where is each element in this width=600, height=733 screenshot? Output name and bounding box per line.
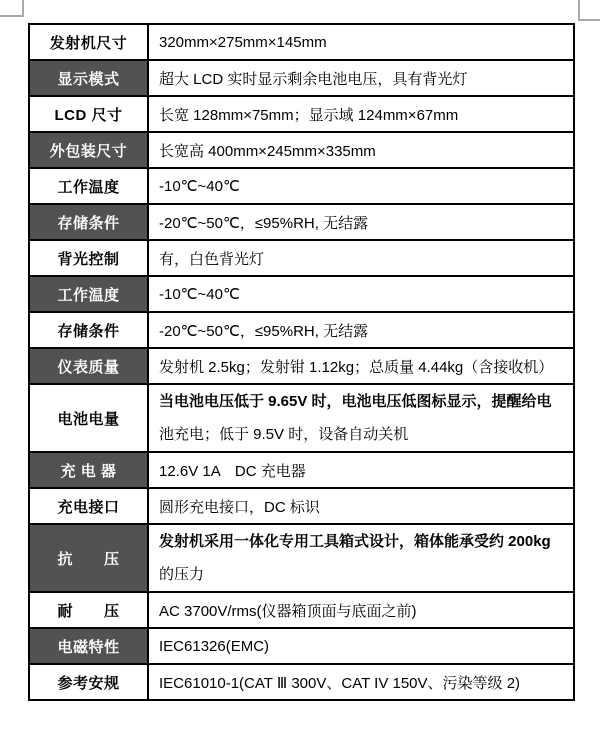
spec-row-packaging-dimensions: 外包装尺寸 长宽高 400mm×245mm×335mm <box>29 132 574 168</box>
spec-label: 仪表质量 <box>29 348 148 384</box>
spec-row-emc: 电磁特性 IEC61326(EMC) <box>29 628 574 664</box>
spec-row-lcd-size: LCD 尺寸 长宽 128mm×75mm；显示域 124mm×67mm <box>29 96 574 132</box>
spec-label: 参考安规 <box>29 664 148 700</box>
spec-value: 有，白色背光灯 <box>148 240 574 276</box>
spec-value-text: IEC61010-1(CAT Ⅲ 300V、CAT IV 150V、污染等级 2… <box>159 675 520 692</box>
spec-value-text: -10℃~40℃ <box>159 286 240 303</box>
spec-label: 存储条件 <box>29 204 148 240</box>
spec-value-text: 超大 LCD 实时显示剩余电池电压，具有背光灯 <box>159 71 467 88</box>
page-corner-mark-top-left <box>0 0 24 17</box>
spec-row-operating-temperature: 工作温度 -10℃~40℃ <box>29 168 574 204</box>
spec-value-text: AC 3700V/rms(仪器箱顶面与底面之前) <box>159 603 417 620</box>
spec-label: LCD 尺寸 <box>29 96 148 132</box>
spec-row-storage-conditions: 存储条件 -20℃~50℃，≤95%RH, 无结露 <box>29 204 574 240</box>
spec-label: 充 电 器 <box>29 452 148 488</box>
spec-value: 当电池电压低于 9.65V 时，电池电压低图标显示，提醒给电池充电；低于 9.5… <box>148 384 574 452</box>
spec-table: 发射机尺寸 320mm×275mm×145mm 显示模式 超大 LCD 实时显示… <box>28 23 575 701</box>
spec-value: AC 3700V/rms(仪器箱顶面与底面之前) <box>148 592 574 628</box>
page-corner-mark-top-right <box>578 0 600 21</box>
spec-value-text: 当电池电压低于 9.65V 时，电池电压低图标显示，提醒给电 <box>159 393 552 410</box>
spec-row-safety-rating: 参考安规 IEC61010-1(CAT Ⅲ 300V、CAT IV 150V、污… <box>29 664 574 700</box>
spec-value-text: -10℃~40℃ <box>159 178 240 195</box>
spec-row-charging-port: 充电接口 圆形充电接口，DC 标识 <box>29 488 574 524</box>
spec-value: -10℃~40℃ <box>148 168 574 204</box>
spec-value: -20℃~50℃，≤95%RH, 无结露 <box>148 204 574 240</box>
spec-value-text: IEC61326(EMC) <box>159 638 269 655</box>
spec-row-transmitter-dimensions: 发射机尺寸 320mm×275mm×145mm <box>29 24 574 60</box>
spec-value: 320mm×275mm×145mm <box>148 24 574 60</box>
spec-label: 抗 压 <box>29 524 148 592</box>
spec-value-text: 池充电；低于 9.5V 时，设备自动关机 <box>159 426 408 443</box>
spec-value: IEC61010-1(CAT Ⅲ 300V、CAT IV 150V、污染等级 2… <box>148 664 574 700</box>
spec-value-text: 发射机采用一体化专用工具箱式设计，箱体能承受约 200kg <box>159 533 551 550</box>
spec-row-instrument-weight: 仪表质量 发射机 2.5kg；发射钳 1.12kg；总质量 4.44kg（含接收… <box>29 348 574 384</box>
spec-row-operating-temperature-2: 工作温度 -10℃~40℃ <box>29 276 574 312</box>
spec-label: 显示模式 <box>29 60 148 96</box>
spec-value: IEC61326(EMC) <box>148 628 574 664</box>
spec-label: 背光控制 <box>29 240 148 276</box>
spec-label: 外包装尺寸 <box>29 132 148 168</box>
spec-row-withstand-voltage: 耐 压 AC 3700V/rms(仪器箱顶面与底面之前) <box>29 592 574 628</box>
spec-label: 耐 压 <box>29 592 148 628</box>
spec-row-storage-conditions-2: 存储条件 -20℃~50℃，≤95%RH, 无结露 <box>29 312 574 348</box>
spec-row-charger: 充 电 器 12.6V 1A DC 充电器 <box>29 452 574 488</box>
spec-label: 工作温度 <box>29 276 148 312</box>
spec-value-text: 长宽高 400mm×245mm×335mm <box>159 143 376 160</box>
spec-label: 工作温度 <box>29 168 148 204</box>
spec-value: 发射机 2.5kg；发射钳 1.12kg；总质量 4.44kg（含接收机） <box>148 348 574 384</box>
spec-value: 12.6V 1A DC 充电器 <box>148 452 574 488</box>
spec-label: 发射机尺寸 <box>29 24 148 60</box>
spec-value-text: -20℃~50℃，≤95%RH, 无结露 <box>159 323 368 340</box>
spec-value-text: 有，白色背光灯 <box>159 251 264 268</box>
spec-label: 电磁特性 <box>29 628 148 664</box>
spec-value-text: 圆形充电接口，DC 标识 <box>159 499 320 516</box>
document-page: { "colors": { "border": "#000000", "dark… <box>0 0 600 733</box>
spec-table-container: 发射机尺寸 320mm×275mm×145mm 显示模式 超大 LCD 实时显示… <box>28 23 575 701</box>
spec-label: 充电接口 <box>29 488 148 524</box>
spec-row-backlight-control: 背光控制 有，白色背光灯 <box>29 240 574 276</box>
spec-value: -10℃~40℃ <box>148 276 574 312</box>
spec-value: 超大 LCD 实时显示剩余电池电压，具有背光灯 <box>148 60 574 96</box>
spec-value: 长宽 128mm×75mm；显示域 124mm×67mm <box>148 96 574 132</box>
spec-row-display-mode: 显示模式 超大 LCD 实时显示剩余电池电压，具有背光灯 <box>29 60 574 96</box>
spec-value-text: 320mm×275mm×145mm <box>159 34 327 51</box>
spec-label: 电池电量 <box>29 384 148 452</box>
spec-value-text: 12.6V 1A DC 充电器 <box>159 463 306 480</box>
spec-label: 存储条件 <box>29 312 148 348</box>
spec-value: 长宽高 400mm×245mm×335mm <box>148 132 574 168</box>
spec-value-text: 的压力 <box>159 566 204 583</box>
spec-value: 圆形充电接口，DC 标识 <box>148 488 574 524</box>
spec-row-crush-resistance: 抗 压 发射机采用一体化专用工具箱式设计，箱体能承受约 200kg的压力 <box>29 524 574 592</box>
spec-row-battery-level: 电池电量 当电池电压低于 9.65V 时，电池电压低图标显示，提醒给电池充电；低… <box>29 384 574 452</box>
spec-value: -20℃~50℃，≤95%RH, 无结露 <box>148 312 574 348</box>
spec-value-text: -20℃~50℃，≤95%RH, 无结露 <box>159 215 368 232</box>
spec-value-text: 长宽 128mm×75mm；显示域 124mm×67mm <box>159 107 458 124</box>
spec-value-text: 发射机 2.5kg；发射钳 1.12kg；总质量 4.44kg（含接收机） <box>159 359 553 376</box>
spec-value: 发射机采用一体化专用工具箱式设计，箱体能承受约 200kg的压力 <box>148 524 574 592</box>
